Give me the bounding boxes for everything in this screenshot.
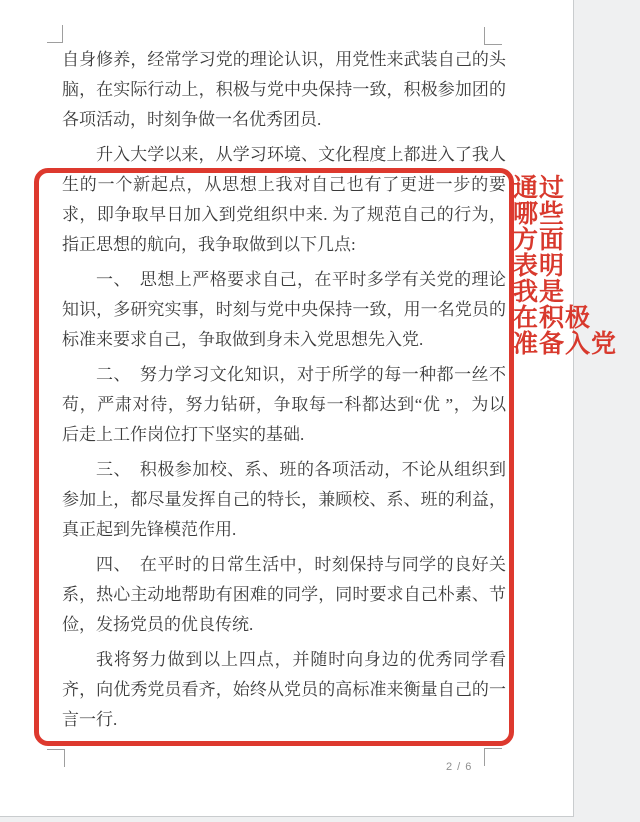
annotation-line: 表明: [513, 254, 639, 280]
annotation-line: 我是: [513, 280, 639, 306]
page-number-indicator: 2 / 6: [446, 761, 472, 773]
text-boundary-mark-top-left: [47, 25, 63, 43]
annotation-line: 哪些: [513, 202, 639, 228]
annotation-line: 准备入党: [513, 332, 639, 358]
annotation-line: 在积极: [513, 306, 639, 332]
text-boundary-mark-bottom-right: [484, 748, 502, 766]
annotation-line: 通过: [513, 176, 639, 202]
red-margin-annotation: 通过哪些方面表明我是在积极准备入党: [513, 176, 639, 358]
annotation-line: 方面: [513, 228, 639, 254]
document-viewer: { "document": { "paragraphs": [ {"indent…: [0, 0, 640, 822]
red-annotation-box: [34, 168, 514, 746]
text-boundary-mark-top-right: [484, 27, 502, 45]
text-boundary-mark-bottom-left: [47, 749, 65, 767]
document-paragraph: 自身修养，经常学习党的理论认识，用党性来武装自己的头脑，在实际行动上，积极与党中…: [62, 45, 506, 135]
